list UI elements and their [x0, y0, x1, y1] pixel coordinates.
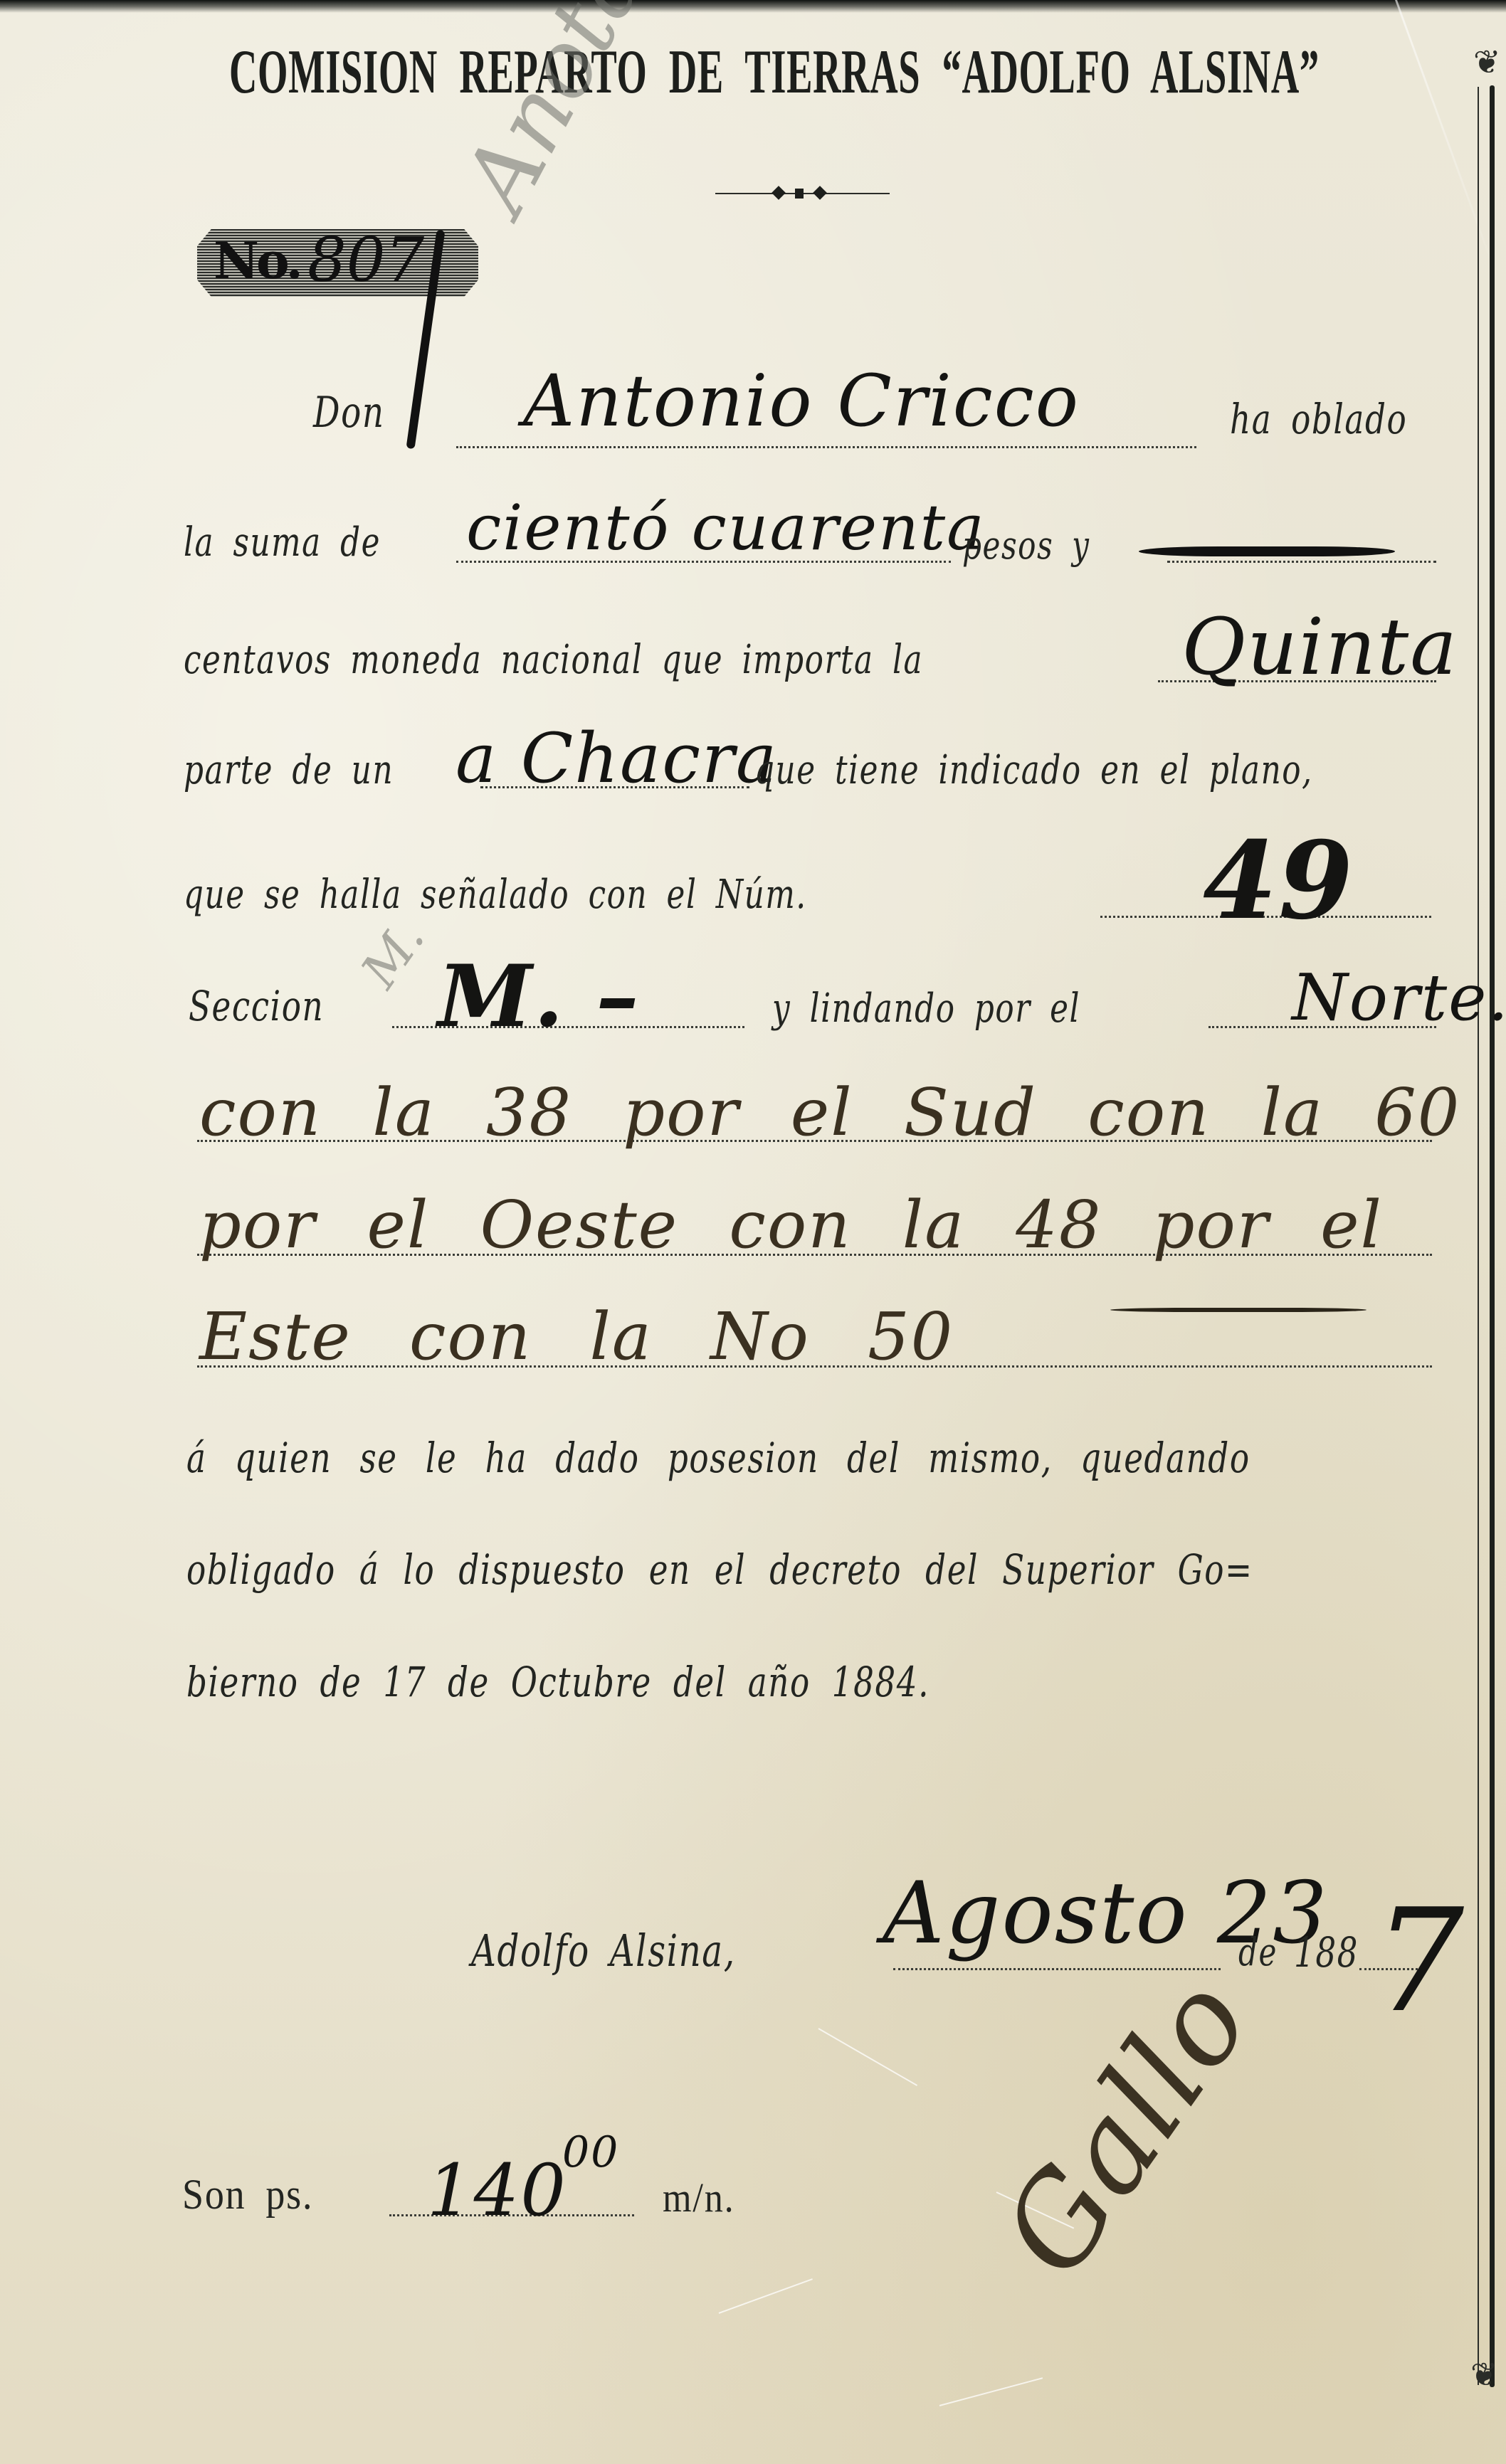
name-field-line [456, 446, 1196, 448]
year-suffix: 7 [1374, 1878, 1465, 2044]
currency-label: m/n. [663, 2174, 734, 2221]
title-ornament-icon [715, 186, 890, 201]
boundary-text-1: con la 38 por el Sud con la 60 [199, 1074, 1460, 1151]
centavos-strike [1139, 546, 1395, 556]
border-rule-thick [1490, 85, 1495, 2387]
scan-edge-shadow [0, 0, 1506, 13]
property-type: a Chacra [456, 719, 778, 798]
boundary-text-3: Este con la No 50 [199, 1299, 954, 1375]
date-de-label: de [1238, 1930, 1278, 1974]
number-label: No. [214, 231, 300, 290]
border-flourish-bottom-icon: ❦ [1470, 2355, 1498, 2394]
fraction-value: Quinta [1181, 601, 1458, 692]
holder-name: Antonio Cricco [523, 359, 1080, 443]
year-prefix: 188 [1294, 1928, 1359, 1977]
direction-north: Norte. [1292, 961, 1506, 1035]
lot-number: 49 [1203, 818, 1354, 943]
suma-label: la suma de [184, 519, 381, 566]
centavos-field-line [1167, 561, 1436, 563]
closing-line-2: obligado á lo dispuesto en el decreto de… [186, 1545, 1253, 1594]
lindando-text: y lindando por el [772, 985, 1080, 1032]
closing-line-1: á quien se le ha dado posesion del mismo… [186, 1434, 1250, 1482]
border-flourish-top-icon: ❦ [1473, 43, 1501, 81]
document-number: 807 [307, 225, 424, 296]
ha-oblado-label: ha oblado [1230, 395, 1407, 443]
section-value: M. – [438, 946, 640, 1047]
border-rule-thin [1478, 87, 1479, 2385]
seccion-label: Seccion [189, 982, 324, 1030]
plano-text: que tiene indicado en el plano, [754, 747, 1313, 793]
parte-de-un-label: parte de un [184, 747, 394, 793]
closing-line-3: bierno de 17 de Octubre del año 1884. [186, 1658, 930, 1706]
centavos-text: centavos moneda nacional que importa la [184, 637, 923, 683]
senalado-text: que se halla señalado con el Núm. [184, 872, 807, 918]
son-ps-label: Son ps. [182, 2170, 313, 2219]
amount-cents: 00 [562, 2127, 619, 2177]
boundary-closing-stroke [1110, 1308, 1367, 1312]
pesos-label: pesos y [962, 523, 1090, 568]
boundary-text-2: por el Oeste con la 48 por el [199, 1187, 1383, 1263]
don-label: Don [313, 388, 385, 438]
place-name: Adolfo Alsina, [471, 1925, 736, 1977]
amount-value: 140 [427, 2149, 567, 2232]
amount-in-words: cientó cuarenta [466, 491, 986, 564]
